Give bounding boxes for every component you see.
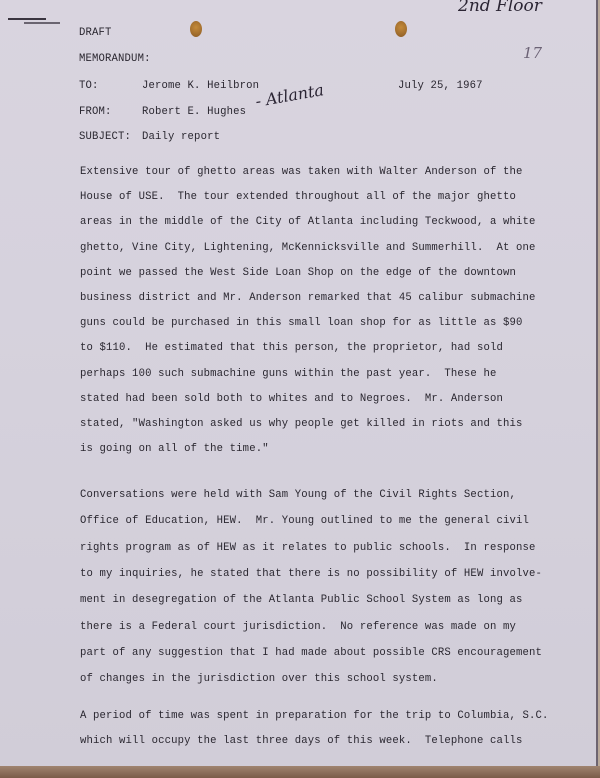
desk-edge — [0, 766, 600, 778]
text-line: Extensive tour of ghetto areas was taken… — [80, 166, 523, 178]
text-line: is going on all of the time." — [80, 443, 269, 455]
text-line: stated, "Washington asked us why people … — [80, 418, 523, 430]
margin-mark — [24, 22, 60, 24]
text-line: stated had been sold both to whites and … — [80, 393, 503, 405]
text-line: part of any suggestion that I had made a… — [80, 647, 542, 659]
subject-value: Daily report — [142, 131, 220, 143]
punch-hole-right — [395, 21, 407, 37]
to-label: TO: — [79, 80, 99, 92]
text-line: to my inquiries, he stated that there is… — [80, 568, 542, 580]
text-line: ment in desegregation of the Atlanta Pub… — [80, 594, 523, 606]
text-line: House of USE. The tour extended througho… — [80, 191, 516, 203]
text-line: there is a Federal court jurisdiction. N… — [80, 621, 516, 633]
text-line: point we passed the West Side Loan Shop … — [80, 267, 516, 279]
text-line: Conversations were held with Sam Young o… — [80, 489, 516, 501]
text-line: of changes in the jurisdiction over this… — [80, 673, 438, 685]
margin-mark — [8, 18, 46, 20]
text-line: to $110. He estimated that this person, … — [80, 342, 503, 354]
subject-label: SUBJECT: — [79, 131, 131, 143]
from-value: Robert E. Hughes — [142, 106, 246, 118]
text-line: which will occupy the last three days of… — [80, 735, 523, 747]
handwritten-atlanta-note: - Atlanta — [254, 80, 325, 111]
from-label: FROM: — [79, 106, 112, 118]
text-line: perhaps 100 such submachine guns within … — [80, 368, 496, 380]
text-line: guns could be purchased in this small lo… — [80, 317, 523, 329]
text-line: areas in the middle of the City of Atlan… — [80, 216, 536, 228]
text-line: business district and Mr. Anderson remar… — [80, 292, 536, 304]
to-value: Jerome K. Heilbron — [142, 80, 259, 92]
memorandum-label: MEMORANDUM: — [79, 53, 151, 65]
text-line: A period of time was spent in preparatio… — [80, 710, 549, 722]
handwritten-page-number: 17 — [523, 44, 542, 62]
punch-hole-left — [190, 21, 202, 37]
text-line: rights program as of HEW as it relates t… — [80, 542, 536, 554]
handwritten-floor-note: 2nd Floor — [458, 0, 542, 16]
memo-date: July 25, 1967 — [398, 80, 483, 92]
draft-label: DRAFT — [79, 27, 112, 39]
memo-page: 2nd Floor 17 DRAFT MEMORANDUM: TO: Jerom… — [0, 0, 598, 766]
text-line: ghetto, Vine City, Lightening, McKennick… — [80, 242, 536, 254]
text-line: Office of Education, HEW. Mr. Young outl… — [80, 515, 529, 527]
